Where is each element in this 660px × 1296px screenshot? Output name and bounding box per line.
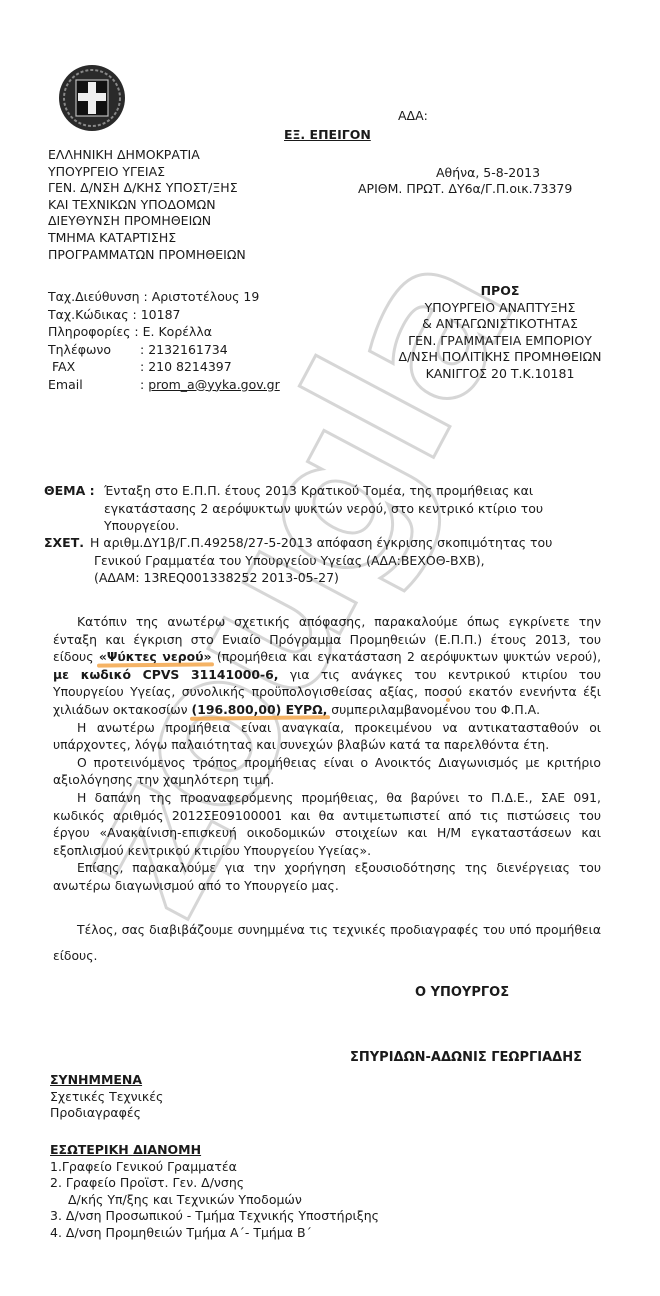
greek-coat-of-arms-icon	[54, 62, 130, 134]
email-label: Email	[48, 376, 140, 394]
ada-label: ΑΔΑ:	[398, 108, 428, 125]
sender-line: ΚΑΙ ΤΕΧΝΙΚΩΝ ΥΠΟΔΟΜΩΝ	[48, 197, 246, 214]
reference-line: Η αριθμ.ΔΥ1β/Γ.Π.49258/27-5-2013 απόφαση…	[90, 534, 552, 552]
address-label: Ταχ.Διεύθυνση	[48, 288, 140, 306]
sender-block: ΕΛΛΗΝΙΚΗ ΔΗΜΟΚΡΑΤΙΑ ΥΠΟΥΡΓΕΙΟ ΥΓΕΙΑΣ ΓΕΝ…	[48, 147, 246, 263]
info-value: Ε. Κορέλλα	[143, 323, 212, 341]
reference-label: ΣΧΕΤ.	[44, 534, 90, 552]
body-text: για τις ανάγκες του	[279, 667, 448, 682]
protocol-number: ΑΡΙΘΜ. ΠΡΩΤ. ΔΥ6α/Γ.Π.οικ.73379	[358, 181, 572, 198]
distribution-item: 2. Γραφείο Προϊστ. Γεν. Δ/νσης	[50, 1175, 379, 1192]
paragraph-funding: Η δαπάνη της προαναφερόμενης προμήθειας,…	[53, 789, 601, 859]
fax-label: FAX	[48, 358, 140, 376]
sender-line: ΓΕΝ. Δ/ΝΣΗ Δ/ΚΗΣ ΥΠΟΣΤ/ΞΗΣ	[48, 180, 246, 197]
subject-line: Ένταξη στο Ε.Π.Π. έτους 2013 Κρατικού Το…	[104, 482, 543, 500]
distribution-item: 3. Δ/νση Προσωπικού - Τμήμα Τεχνικής Υπο…	[50, 1208, 379, 1225]
urgency-label: ΕΞ. ΕΠΕΙΓΟΝ	[284, 127, 371, 144]
subject-block: ΘΕΜΑ : Ένταξη στο Ε.Π.Π. έτους 2013 Κρατ…	[44, 482, 543, 535]
paragraph-request: Κατόπιν της ανωτέρω σχετικής απόφασης, π…	[53, 613, 601, 719]
recipient-line: ΚΑΝΙΓΓΟΣ 20 Τ.Κ.10181	[352, 366, 648, 383]
paragraph-authorization: Επίσης, παρακαλούμε για την χορήγηση εξο…	[53, 859, 601, 894]
item-name-highlight: «Ψύκτες νερού»	[99, 649, 212, 664]
body-text: (προμήθεια και εγκατάσταση 2 αερόψυκτων …	[212, 649, 602, 664]
fax-value: 210 8214397	[148, 358, 232, 376]
subject-label: ΘΕΜΑ :	[44, 482, 104, 535]
letter-body: Κατόπιν της ανωτέρω σχετικής απόφασης, π…	[53, 613, 601, 969]
recipient-line: Δ/ΝΣΗ ΠΟΛΙΤΙΚΗΣ ΠΡΟΜΗΘΕΙΩΝ	[352, 349, 648, 366]
phone-value: 2132161734	[148, 341, 228, 359]
amount-highlight: (196.800,00) ΕΥΡΩ,	[192, 702, 328, 717]
subject-line: Υπουργείου.	[104, 517, 543, 535]
phone-label: Τηλέφωνο	[48, 341, 140, 359]
recipient-heading: ΠΡΟΣ	[352, 283, 648, 300]
paragraph-closing: Τέλος, σας διαβιβάζουμε συνημμένα τις τε…	[53, 917, 601, 969]
sender-line: ΤΜΗΜΑ ΚΑΤΑΡΤΙΣΗΣ	[48, 230, 246, 247]
sender-line: ΔΙΕΥΘΥΝΣΗ ΠΡΟΜΗΘΕΙΩΝ	[48, 213, 246, 230]
attachment-line: Σχετικές Τεχνικές	[50, 1089, 163, 1106]
distribution-item: 1.Γραφείο Γενικού Γραμματέα	[50, 1159, 379, 1176]
recipient-block: ΠΡΟΣ ΥΠΟΥΡΓΕΙΟ ΑΝΑΠΤΥΞΗΣ & ΑΝΤΑΓΩΝΙΣΤΙΚΟ…	[352, 283, 648, 383]
document-date: Αθήνα, 5-8-2013	[436, 165, 540, 182]
recipient-line: & ΑΝΤΑΓΩΝΙΣΤΙΚΟΤΗΤΑΣ	[352, 316, 648, 333]
body-text: συμπεριλαμβανομένου του Φ.Π.Α.	[327, 702, 540, 717]
signature-name: ΣΠΥΡΙΔΩΝ-ΑΔΩΝΙΣ ΓΕΩΡΓΙΑΔΗΣ	[350, 1050, 582, 1065]
reference-block: ΣΧΕΤ. Η αριθμ.ΔΥ1β/Γ.Π.49258/27-5-2013 α…	[44, 534, 552, 587]
subject-line: εγκατάστασης 2 αερόψυκτων ψυκτών νερού, …	[104, 500, 543, 518]
distribution-item: Δ/κής Υπ/ξης και Τεχνικών Υποδομών	[50, 1192, 379, 1209]
email-link[interactable]: prom_a@yyka.gov.gr	[148, 376, 280, 394]
sender-line: ΕΛΛΗΝΙΚΗ ΔΗΜΟΚΡΑΤΙΑ	[48, 147, 246, 164]
postal-value: 10187	[141, 306, 181, 324]
attachment-line: Προδιαγραφές	[50, 1105, 163, 1122]
recipient-line: ΥΠΟΥΡΓΕΙΟ ΑΝΑΠΤΥΞΗΣ	[352, 300, 648, 317]
attachments-heading: ΣΥΝΗΜΜΕΝΑ	[50, 1072, 163, 1089]
signature-title: Ο ΥΠΟΥΡΓΟΣ	[415, 985, 509, 1000]
distribution-heading: ΕΣΩΤΕΡΙΚΗ ΔΙΑΝΟΜΗ	[50, 1142, 379, 1159]
paragraph-necessity: Η ανωτέρω προμήθεια είναι αναγκαία, προκ…	[53, 719, 601, 754]
contact-block: Ταχ.Διεύθυνση : Αριστοτέλους 19 Ταχ.Κώδι…	[48, 288, 280, 393]
recipient-line: ΓΕΝ. ΓΡΑΜΜΑΤΕΙΑ ΕΜΠΟΡΙΟΥ	[352, 333, 648, 350]
paragraph-procedure: Ο προτεινόμενος τρόπος προμήθειας είναι …	[53, 754, 601, 789]
cpv-code: με κωδικό CPVS 31141000-6,	[53, 667, 279, 682]
reference-line: Γενικού Γραμματέα του Υπουργείου Υγείας …	[44, 552, 552, 570]
info-label: Πληροφορίες	[48, 323, 130, 341]
sender-line: ΠΡΟΓΡΑΜΜΑΤΩΝ ΠΡΟΜΗΘΕΙΩΝ	[48, 247, 246, 264]
distribution-item: 4. Δ/νση Προμηθειών Τμήμα Α΄- Τμήμα Β΄	[50, 1225, 379, 1242]
reference-line: (ΑΔΑΜ: 13REQ001338252 2013-05-27)	[44, 569, 552, 587]
address-value: Αριστοτέλους 19	[152, 288, 260, 306]
attachments-block: ΣΥΝΗΜΜΕΝΑ Σχετικές Τεχνικές Προδιαγραφές	[50, 1072, 163, 1122]
distribution-block: ΕΣΩΤΕΡΙΚΗ ΔΙΑΝΟΜΗ 1.Γραφείο Γενικού Γραμ…	[50, 1142, 379, 1242]
sender-line: ΥΠΟΥΡΓΕΙΟ ΥΓΕΙΑΣ	[48, 164, 246, 181]
postal-label: Ταχ.Κώδικας	[48, 306, 129, 324]
